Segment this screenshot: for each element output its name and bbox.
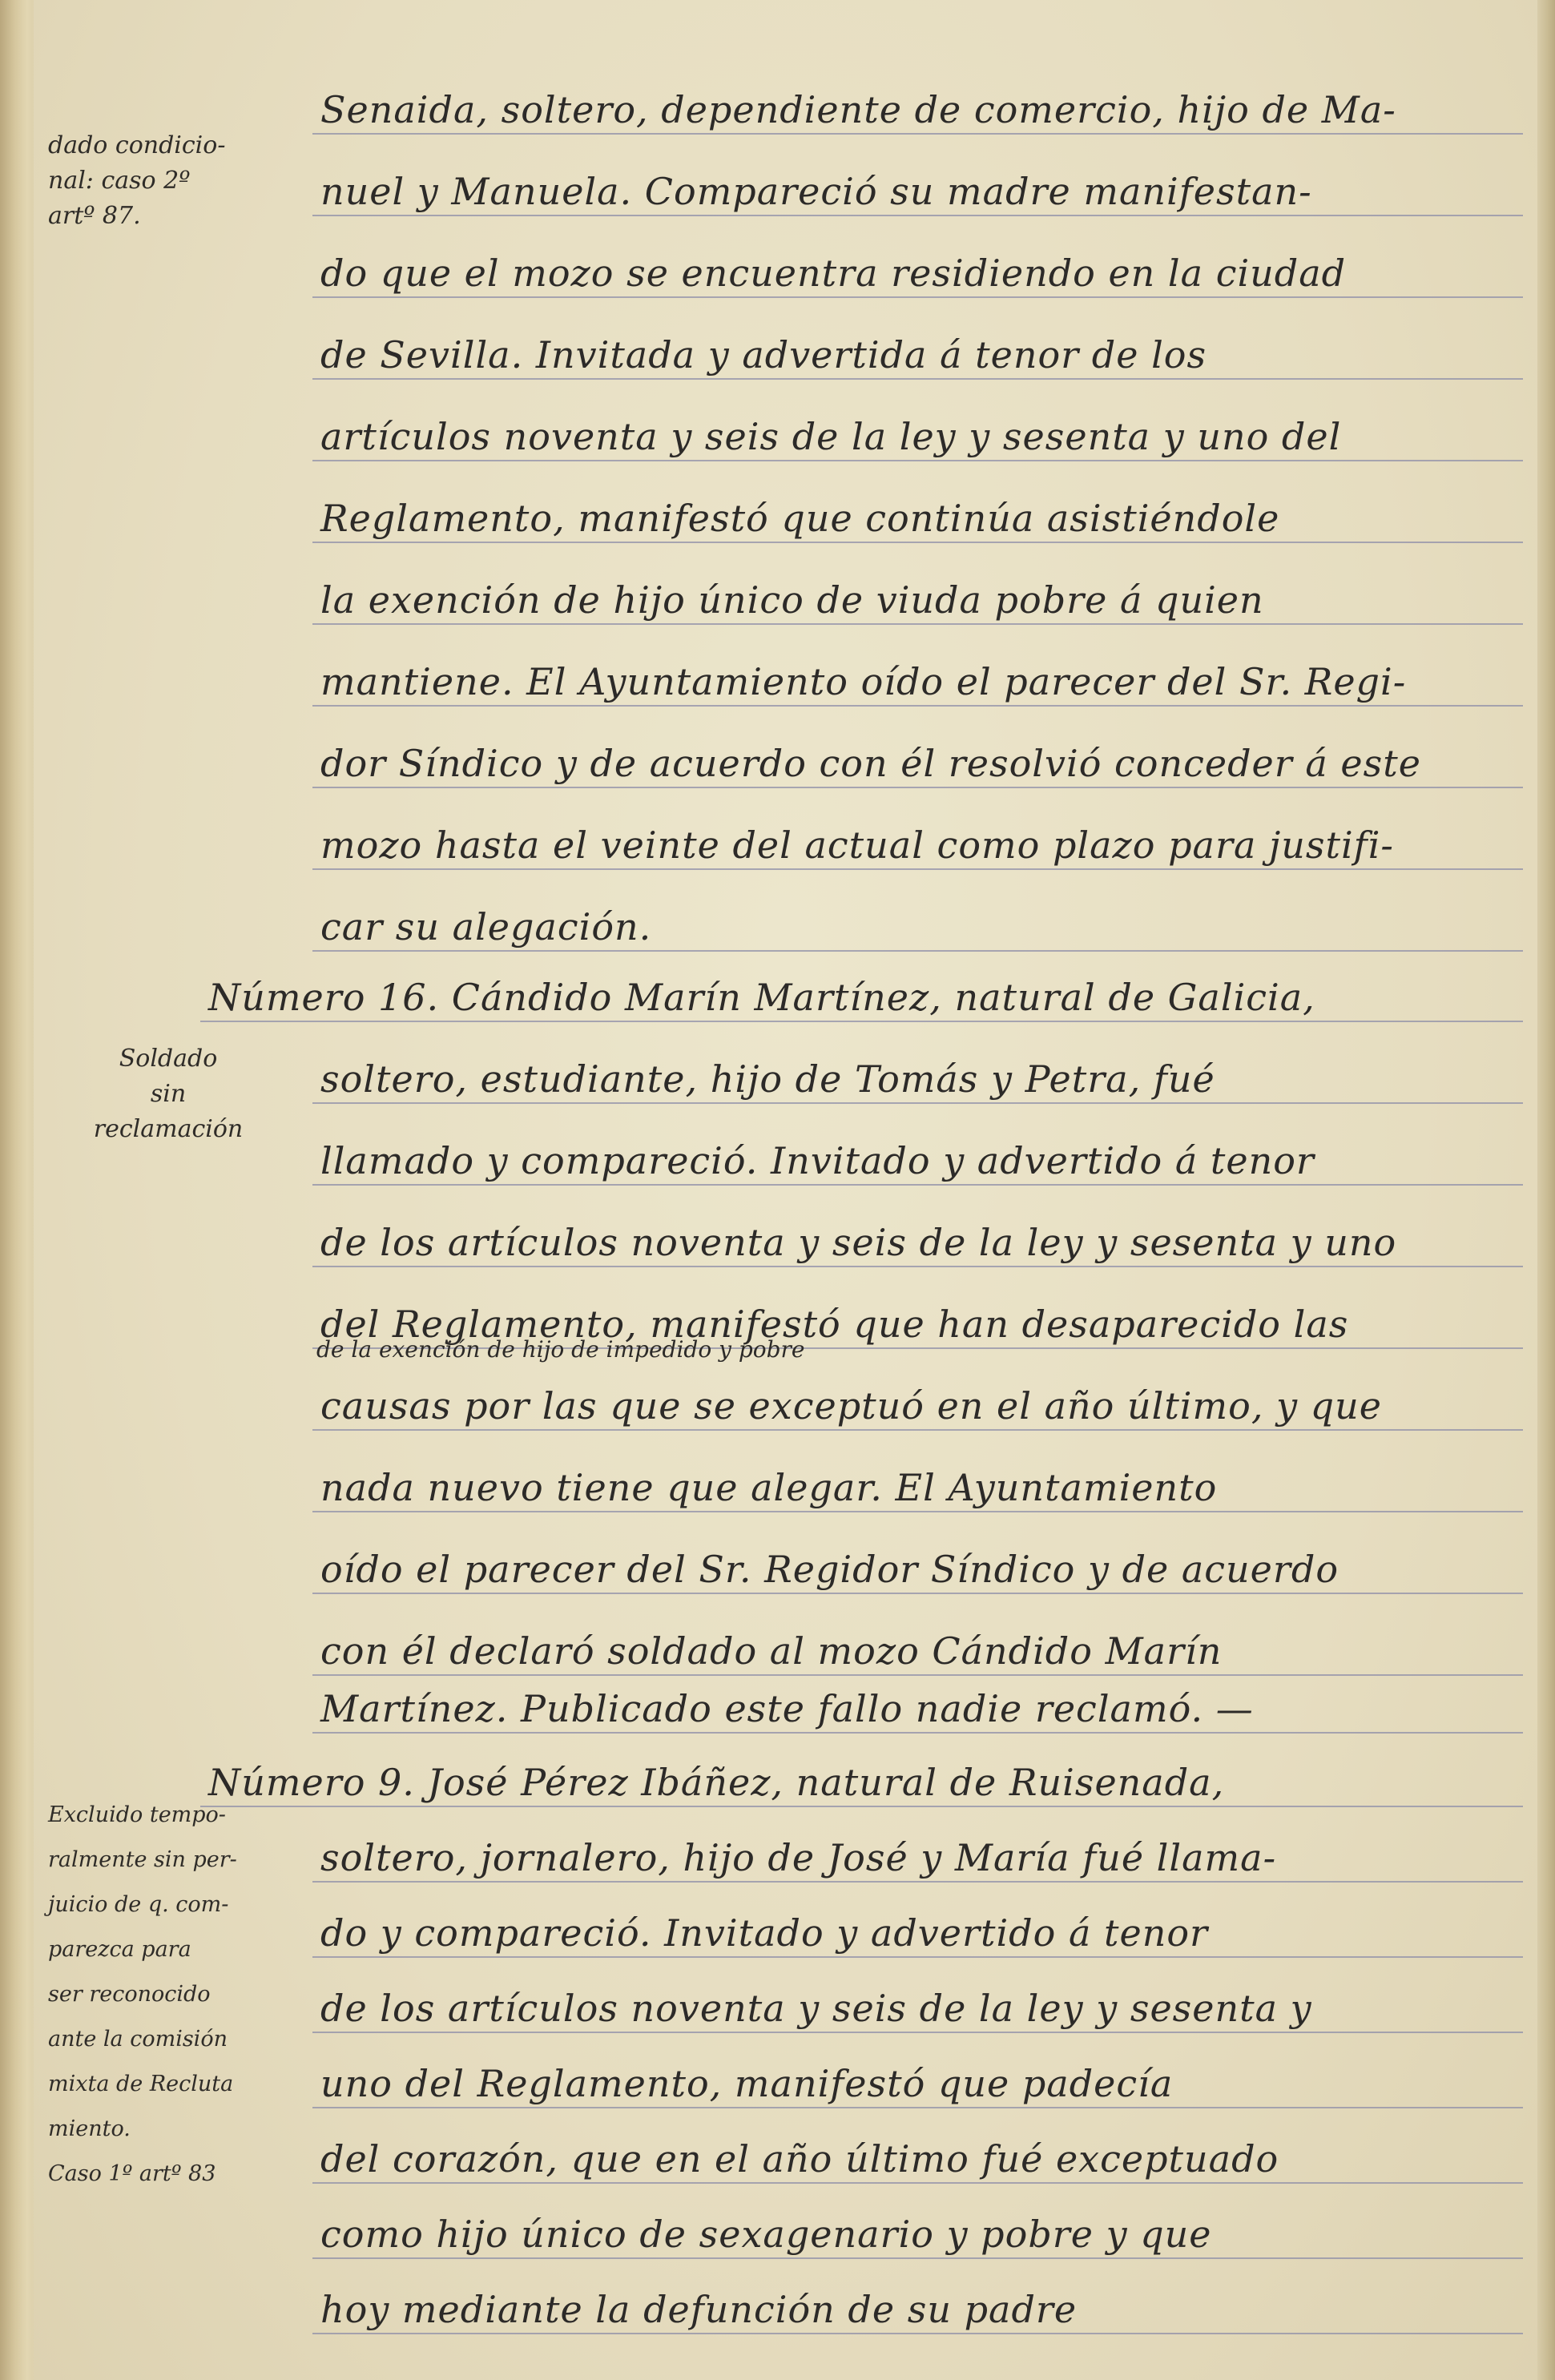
line-text: Martínez. Publicado este fallo nadie rec… — [320, 1687, 1254, 1730]
ruled-line — [312, 378, 1523, 380]
ruled-line — [312, 133, 1523, 135]
body-line: causas por las que se exceptuó en el año… — [312, 1360, 1523, 1437]
ruled-line — [200, 1021, 1523, 1022]
body-line: de Sevilla. Invitada y advertida á tenor… — [312, 309, 1523, 386]
body-line: nuel y Manuela. Compareció su madre mani… — [312, 146, 1523, 223]
body-line: oído el parecer del Sr. Regidor Síndico … — [312, 1524, 1523, 1601]
margin-note-line: dado condicio- — [48, 128, 312, 163]
line-text: uno del Reglamento, manifestó que padecí… — [320, 2062, 1173, 2105]
margin-note-line: miento. — [48, 2107, 312, 2152]
line-text: Número 16. Cándido Marín Martínez, natur… — [208, 976, 1315, 1019]
body-line: mozo hasta el veinte del actual como pla… — [312, 799, 1523, 876]
ruled-line — [312, 1511, 1523, 1512]
line-text: mantiene. El Ayuntamiento oído el parece… — [320, 660, 1406, 703]
line-text: Número 9. José Pérez Ibáñez, natural de … — [208, 1761, 1224, 1804]
ruled-line — [200, 1806, 1523, 1807]
body-line: Reglamento, manifestó que continúa asist… — [312, 473, 1523, 550]
body-line-entry-header: Número 9. José Pérez Ibáñez, natural de … — [200, 1737, 1523, 1814]
ruled-line — [312, 2257, 1523, 2259]
ruled-line — [312, 460, 1523, 461]
line-text: nada nuevo tiene que alegar. El Ayuntami… — [320, 1466, 1217, 1509]
body-line: del corazón, que en el año último fué ex… — [312, 2113, 1523, 2190]
margin-note-soldier: Soldado sin reclamación — [48, 1041, 288, 1147]
ruled-line — [312, 1593, 1523, 1594]
ruled-line — [312, 2107, 1523, 2108]
body-line: uno del Reglamento, manifestó que padecí… — [312, 2038, 1523, 2115]
body-line: hoy mediante la defunción de su padre — [312, 2264, 1523, 2341]
body-line: de los artículos noventa y seis de la le… — [312, 1963, 1523, 2040]
body-line-entry-header: Número 16. Cándido Marín Martínez, natur… — [200, 952, 1523, 1029]
line-text: Reglamento, manifestó que continúa asist… — [320, 497, 1279, 540]
margin-note-line: mixta de Recluta — [48, 2062, 312, 2107]
line-text: hoy mediante la defunción de su padre — [320, 2288, 1077, 2331]
ruled-line — [312, 2182, 1523, 2184]
ruled-line — [312, 1429, 1523, 1431]
page-right-edge — [1537, 0, 1555, 2380]
line-text: do que el mozo se encuentra residiendo e… — [320, 252, 1346, 295]
margin-note-line: artº 87. — [48, 199, 312, 234]
margin-note-line: nal: caso 2º — [48, 163, 312, 199]
ruled-line — [312, 296, 1523, 298]
ruled-line — [312, 542, 1523, 543]
body-line: artículos noventa y seis de la ley y ses… — [312, 391, 1523, 468]
body-line: Senaida, soltero, dependiente de comerci… — [312, 64, 1523, 141]
line-text: oído el parecer del Sr. Regidor Síndico … — [320, 1548, 1339, 1591]
body-line: soltero, estudiante, hijo de Tomás y Pet… — [312, 1033, 1523, 1110]
ruled-line — [312, 2032, 1523, 2033]
ruled-line — [312, 1266, 1523, 1267]
ruled-line — [312, 1184, 1523, 1186]
margin-note-line: Caso 1º artº 83 — [48, 2152, 312, 2197]
margin-note-line: ser reconocido — [48, 1972, 312, 2017]
margin-note-line: reclamación — [48, 1112, 288, 1147]
body-line: dor Síndico y de acuerdo con él resolvió… — [312, 718, 1523, 795]
body-line: soltero, jornalero, hijo de José y María… — [312, 1812, 1523, 1889]
ruled-line — [312, 215, 1523, 216]
ruled-line — [312, 868, 1523, 870]
line-text: de los artículos noventa y seis de la le… — [320, 1987, 1312, 2030]
line-text: de Sevilla. Invitada y advertida á tenor… — [320, 333, 1207, 377]
margin-note-line: sin — [48, 1077, 288, 1112]
body-line: como hijo único de sexagenario y pobre y… — [312, 2189, 1523, 2265]
body-line: llamado y compareció. Invitado y adverti… — [312, 1115, 1523, 1192]
line-text: del corazón, que en el año último fué ex… — [320, 2137, 1279, 2181]
ruled-line — [312, 1881, 1523, 1883]
margin-note-line: ralmente sin per- — [48, 1838, 312, 1883]
line-text: la exención de hijo único de viuda pobre… — [320, 578, 1264, 622]
line-text: soltero, estudiante, hijo de Tomás y Pet… — [320, 1057, 1215, 1101]
margin-note-line: parezca para — [48, 1927, 312, 1972]
line-text: Senaida, soltero, dependiente de comerci… — [320, 88, 1396, 131]
body-line: mantiene. El Ayuntamiento oído el parece… — [312, 636, 1523, 713]
ruled-line — [312, 1956, 1523, 1958]
book-binding-edge — [0, 0, 35, 2380]
margin-note-line: ante la comisión — [48, 2017, 312, 2062]
ruled-line — [312, 705, 1523, 707]
line-text: artículos noventa y seis de la ley y ses… — [320, 415, 1341, 458]
margin-note-line: Soldado — [48, 1041, 288, 1077]
line-text: de los artículos noventa y seis de la le… — [320, 1221, 1396, 1264]
body-line: Martínez. Publicado este fallo nadie rec… — [312, 1663, 1523, 1740]
line-text: car su alegación. — [320, 905, 651, 948]
line-text: dor Síndico y de acuerdo con él resolvió… — [320, 742, 1421, 785]
ruled-line — [312, 1102, 1523, 1104]
margin-note-conditional: dado condicio- nal: caso 2º artº 87. — [48, 128, 312, 234]
line-text: do y compareció. Invitado y advertido á … — [320, 1911, 1208, 1955]
interlinear-insert: de la exención de hijo de impedido y pob… — [316, 1336, 805, 1363]
body-line: nada nuevo tiene que alegar. El Ayuntami… — [312, 1442, 1523, 1519]
body-line: la exención de hijo único de viuda pobre… — [312, 554, 1523, 631]
body-line: do que el mozo se encuentra residiendo e… — [312, 228, 1523, 304]
margin-note-line: juicio de q. com- — [48, 1883, 312, 1927]
line-text: como hijo único de sexagenario y pobre y… — [320, 2213, 1212, 2256]
line-text: llamado y compareció. Invitado y adverti… — [320, 1139, 1315, 1182]
body-line: de los artículos noventa y seis de la le… — [312, 1197, 1523, 1274]
body-line: do y compareció. Invitado y advertido á … — [312, 1887, 1523, 1964]
margin-note-excluded: Excluido tempo- ralmente sin per- juicio… — [48, 1793, 312, 2197]
body-line: car su alegación. — [312, 881, 1523, 958]
ruled-line — [312, 623, 1523, 625]
line-text: mozo hasta el veinte del actual como pla… — [320, 824, 1394, 867]
ruled-line — [312, 1732, 1523, 1734]
line-text: causas por las que se exceptuó en el año… — [320, 1384, 1382, 1428]
ruled-line — [312, 2333, 1523, 2334]
line-text: nuel y Manuela. Compareció su madre mani… — [320, 170, 1312, 213]
line-text: soltero, jornalero, hijo de José y María… — [320, 1836, 1276, 1879]
ruled-line — [312, 787, 1523, 788]
